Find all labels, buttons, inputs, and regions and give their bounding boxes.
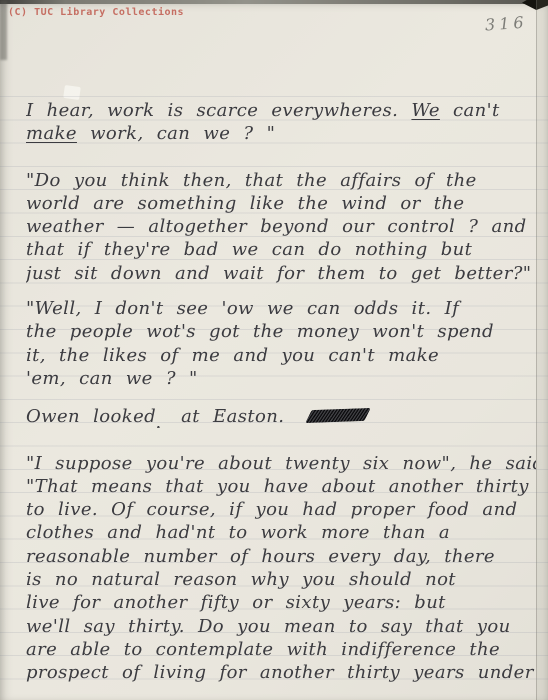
text-segment: live for another fifty or sixty years: b… xyxy=(26,592,446,613)
text-segment: clothes and had'nt to work more than a xyxy=(26,522,450,543)
paper-crease-line xyxy=(536,0,537,700)
paragraph: "Well, I don't see 'ow we can odds it. I… xyxy=(26,297,536,390)
scribbled-out-word xyxy=(306,408,371,423)
manuscript-line: live for another fifty or sixty years: b… xyxy=(26,591,536,614)
page-number: 316 xyxy=(485,13,529,35)
manuscript-line: is no natural reason why you should not xyxy=(26,568,536,591)
text-segment: that if they're bad we can do nothing bu… xyxy=(26,239,472,260)
manuscript-line: 'em, can we ? " xyxy=(26,367,536,390)
paper-blemish xyxy=(63,85,81,100)
text-segment: Owen looked xyxy=(26,406,156,427)
text-segment: "Do you think then, that the affairs of … xyxy=(26,170,477,191)
scan-left-edge-shadow xyxy=(0,0,7,60)
text-segment: work, can we ? " xyxy=(77,123,275,144)
manuscript-line: Owen lookedcuriously∧ at Easton. xyxy=(26,404,536,427)
text-segment: "That means that you have about another … xyxy=(26,476,536,497)
manuscript-line: the people wot's got the money won't spe… xyxy=(26,320,536,343)
text-segment: at Easton. xyxy=(168,406,297,427)
text-segment: just sit down and wait for them to get b… xyxy=(26,263,531,284)
text-segment: prospect of living for another thirty ye… xyxy=(26,662,534,683)
library-watermark: (C) TUC Library Collections xyxy=(8,7,184,18)
paragraph: "Do you think then, that the affairs of … xyxy=(26,169,536,285)
manuscript-line: "Well, I don't see 'ow we can odds it. I… xyxy=(26,297,536,320)
manuscript-line: to live. Of course, if you had proper fo… xyxy=(26,498,536,521)
text-segment: are able to contemplate with indifferenc… xyxy=(26,639,500,660)
manuscript-line: weather — altogether beyond our control … xyxy=(26,215,536,238)
manuscript-line: clothes and had'nt to work more than a xyxy=(26,521,536,544)
manuscript-line: I hear, work is scarce everywheres. We c… xyxy=(26,99,536,122)
text-segment: is no natural reason why you should not xyxy=(26,569,456,590)
manuscript-line: it, the likes of me and you can't make xyxy=(26,344,536,367)
underlined-word: We xyxy=(411,100,440,121)
manuscript-line: "That means that you have about another … xyxy=(26,475,536,498)
inserted-word: curiously xyxy=(136,404,192,407)
text-segment: to live. Of course, if you had proper fo… xyxy=(26,499,517,520)
manuscript-line: "Do you think then, that the affairs of … xyxy=(26,169,536,192)
scan-right-band xyxy=(537,0,548,700)
manuscript-line: prospect of living for another thirty ye… xyxy=(26,661,536,684)
scan-top-edge xyxy=(0,0,548,4)
text-segment: reasonable number of hours every day, th… xyxy=(26,546,495,567)
manuscript-line: that if they're bad we can do nothing bu… xyxy=(26,238,536,261)
insertion-mark: curiously∧ xyxy=(156,404,168,422)
text-segment: "Well, I don't see 'ow we can odds it. I… xyxy=(26,298,459,319)
text-segment: "I suppose you're about twenty six now",… xyxy=(26,453,536,474)
manuscript-scan-page: (C) TUC Library Collections 316 I hear, … xyxy=(0,0,548,700)
manuscript-line: are able to contemplate with indifferenc… xyxy=(26,638,536,661)
paragraph: "I suppose you're about twenty six now",… xyxy=(26,452,536,685)
manuscript-line: reasonable number of hours every day, th… xyxy=(26,545,536,568)
paragraph: I hear, work is scarce everywheres. We c… xyxy=(26,99,536,146)
manuscript-line: just sit down and wait for them to get b… xyxy=(26,262,536,285)
handwritten-text-area: I hear, work is scarce everywheres. We c… xyxy=(26,99,536,685)
text-segment: can't xyxy=(440,100,500,121)
text-segment: world are something like the wind or the xyxy=(26,193,464,214)
text-segment: I hear, work is scarce everywheres. xyxy=(26,100,411,121)
caret-icon: ∧ xyxy=(154,418,163,427)
manuscript-line: "I suppose you're about twenty six now",… xyxy=(26,452,536,475)
text-segment: weather — altogether beyond our control … xyxy=(26,216,527,237)
text-segment: 'em, can we ? " xyxy=(26,368,198,389)
text-segment: the people wot's got the money won't spe… xyxy=(26,321,494,342)
manuscript-line: make work, can we ? " xyxy=(26,122,536,145)
paragraph: Owen lookedcuriously∧ at Easton. xyxy=(26,404,536,427)
underlined-word: make xyxy=(26,123,77,144)
manuscript-line: we'll say thirty. Do you mean to say tha… xyxy=(26,615,536,638)
text-segment: we'll say thirty. Do you mean to say tha… xyxy=(26,616,511,637)
manuscript-line: world are something like the wind or the xyxy=(26,192,536,215)
text-segment: it, the likes of me and you can't make xyxy=(26,345,439,366)
